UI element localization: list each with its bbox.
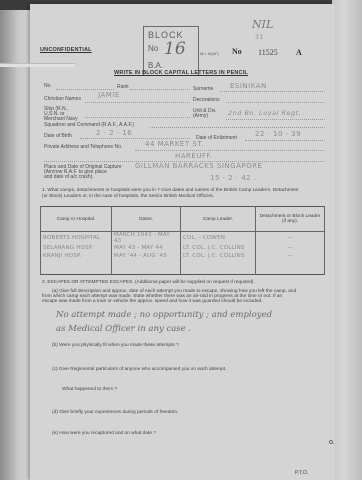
binding-string: [0, 63, 75, 67]
instruction-heading: WRITE IN BLOCK CAPITAL LETTERS IN PENCIL: [114, 70, 248, 76]
header-camp-leader: Camp Leader.: [181, 207, 256, 232]
question2a-answer-line1: No attempt made ; no opportunity ; and e…: [56, 310, 272, 320]
header-dates: Dates.: [112, 207, 181, 232]
enlistment-value: 22 · 10 · 39: [255, 130, 301, 138]
serial-number: 11525: [258, 48, 278, 57]
surname-value: ESINIKAN: [230, 82, 267, 90]
address-value-line1: 44 MARKET ST.: [145, 140, 204, 148]
annotation-mark: 31: [255, 34, 264, 41]
dob-value: 2 · 2 · 16: [96, 129, 132, 137]
header-detachment-leader: Detachment or Block Leader (if any).: [256, 207, 325, 232]
table-row: KRANJI HOSP. MAY '44 - AUG '45 LT. COL. …: [41, 252, 325, 260]
nil-annotation: NIL: [252, 18, 273, 31]
address-label: Private Address and Telephone No.: [44, 144, 122, 150]
capture-label-line3: and date of a/c crash).: [44, 174, 94, 180]
question2a-answer-line2: as Medical Officer in any case .: [56, 324, 191, 334]
serial-no-prefix: No: [232, 47, 242, 56]
unit-label: Unit & Div. (Army): [193, 109, 223, 119]
question2-title: 2. ESCAPES OR ATTEMPTED ESCAPES. (Additi…: [42, 280, 255, 286]
question2b: (b) Were you physically fit when you mad…: [52, 343, 179, 349]
decorations-label: Decorations: [193, 97, 220, 103]
surname-label: Surname: [193, 86, 213, 92]
question2c-sub: What happened to them ?: [62, 387, 117, 393]
classification-label: UNCONFIDENTIAL: [40, 47, 92, 53]
stamp-ba-text: B.A.: [148, 61, 163, 70]
document-page: UNCONFIDENTIAL BLOCK No 16 B.A. NIL 31 M…: [30, 4, 335, 480]
capture-value-line2: 15 · 2 · 42 .: [210, 174, 257, 182]
underlying-page-edge: [332, 0, 362, 480]
unit-value: 2nd Bn. Loyal Regt.: [228, 109, 301, 117]
stamp-block-number: 16: [164, 39, 186, 59]
serial-form-label: M.I. 9/(AF): [200, 51, 219, 56]
question2c: (c) Give Regimental particulars of anyon…: [52, 367, 226, 373]
dob-label: Date of Birth: [44, 133, 72, 139]
address-value-line2: HAREUFF.: [175, 152, 213, 160]
pto-label: P.T.O.: [295, 470, 308, 476]
table-row: ROBERTS HOSPITAL MARCH 1942 - MAY 43 COL…: [41, 232, 325, 245]
squadron-label: Squadron and Command (R.A.F., A.A.F.): [44, 122, 134, 128]
question2d: (d) Give briefly your experiences during…: [52, 410, 178, 416]
margin-mark: O.: [329, 440, 334, 446]
question2a-line3: escape was made from a train or vehicle …: [42, 299, 263, 305]
rank-label: Rank: [117, 84, 129, 90]
christian-names-label: Christian Names: [44, 96, 81, 102]
question2e: (e) How were you recaptured and on what …: [52, 431, 156, 437]
block-stamp: BLOCK No 16 B.A.: [143, 26, 199, 76]
camps-table: Camp or Hospital. Dates. Camp Leader. De…: [40, 206, 325, 275]
serial-suffix: A: [296, 48, 302, 57]
stamp-no-label: No: [148, 44, 158, 53]
table-row: SELARANG HOSP. MAY 43 - MAY 44 LT. COL. …: [41, 244, 325, 252]
header-camp: Camp or Hospital.: [41, 207, 112, 232]
no-label: No.: [44, 83, 52, 89]
question1-line2: (or Block) Leaders or, in the case of ho…: [42, 194, 214, 200]
christian-names-value: JAMIE: [98, 91, 120, 99]
capture-value-line1: GILLMAN BARRACKS SINGAPORE: [135, 162, 262, 170]
ship-label: Ship (R.N., U.S.N. or Merchant Navy: [44, 107, 84, 122]
